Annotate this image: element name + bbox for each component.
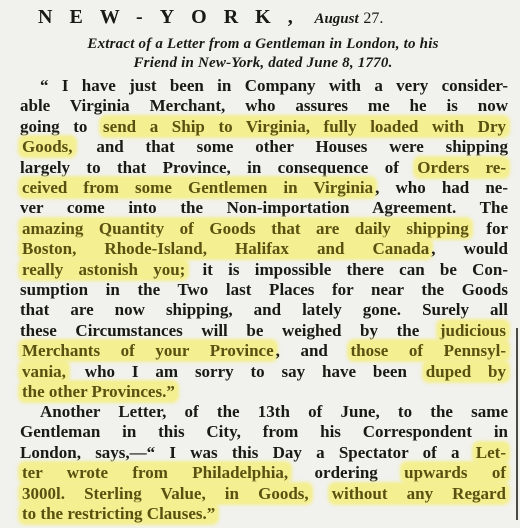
text-line: able Virginia Merchant, who assures me h… [20,96,508,116]
city-heading: NEW-YORK, [38,6,310,28]
text-line: these Circumstances will be weighed by t… [20,321,508,341]
text-line: Boston, Rhode-Island, Halifax and Canada… [20,239,508,259]
highlighted-text: judicious [438,321,508,340]
highlighted-text: amazing Quantity of Goods that are daily… [20,219,471,238]
text-segment: that are now shipping, and lately gone. … [20,300,508,319]
subtitle-line-1: Extract of a Letter from a Gentleman in … [18,36,508,53]
text-segment: sumption in the Two last Places for near… [20,280,508,299]
highlighted-text: upwards of [402,463,508,482]
text-segment: for [471,219,508,238]
text-line: Another Letter, of the 13th of June, to … [40,402,508,422]
column-rule [516,328,518,520]
text-line: to the restricting Clauses.” [20,504,508,524]
highlighted-text: send a Ship to Virginia, fully loaded wi… [101,117,508,136]
text-line: the other Provinces.” [20,382,508,402]
highlighted-text: ter wrote from Philadelphia, [20,463,290,482]
highlighted-text: really astonish you; [20,260,187,279]
text-segment: largely to that Province, in consequence… [20,158,415,177]
newspaper-clipping: NEW-YORK, August 27. Extract of a Letter… [0,0,520,528]
subtitle-line-2: Friend in New-York, dated June 8, 1770. [18,55,508,72]
text-line: ter wrote from Philadelphia, ordering up… [20,463,508,483]
date-month: August [314,11,358,27]
text-line: that are now shipping, and lately gone. … [20,300,508,320]
text-line: London, says,—“ I was this Day a Spectat… [20,443,508,463]
highlighted-text: Let- [474,443,508,462]
highlighted-text: Goods, [20,137,75,156]
date-day: 27. [363,10,383,27]
text-segment: ver come into the Non-importation Agreem… [20,198,508,217]
highlighted-text: ceived from some Gentlemen in Virginia [20,178,375,197]
text-segment: these Circumstances will be weighed by t… [20,321,438,340]
text-segment [311,484,330,503]
text-segment: ordering [290,463,402,482]
highlighted-text: 3000l. Sterling Value, in Goods, [20,484,311,503]
highlighted-text: Boston, Rhode-Island, Halifax and Canada [20,239,431,258]
text-line: amazing Quantity of Goods that are daily… [20,219,508,239]
text-segment: , who had ne- [375,178,508,197]
text-segment: Gentleman in this City, from his Corresp… [20,422,508,441]
highlighted-text: duped by [424,362,508,381]
text-segment: going to [20,117,101,136]
text-line: “ I have just been in Company with a ver… [40,76,508,96]
text-segment: , would [431,239,508,258]
text-line: Gentleman in this City, from his Corresp… [20,422,508,442]
text-segment: Another Letter, of the 13th of June, to … [40,402,508,421]
text-line: ceived from some Gentlemen in Virginia, … [20,178,508,198]
text-line: sumption in the Two last Places for near… [20,280,508,300]
text-segment: it is impossible there can be Con- [187,260,508,279]
text-segment: able Virginia Merchant, who assures me h… [20,96,508,115]
text-line: Merchants of your Province, and those of… [20,341,508,361]
highlighted-text: without any Regard [330,484,508,503]
text-segment: and that some other Houses were shipping [75,137,508,156]
highlighted-text: Merchants of your Province [20,341,276,360]
text-segment: London, says,—“ I was this Day a Spectat… [20,443,474,462]
text-segment: who I am sorry to say have been [68,362,424,381]
highlighted-text: the other Provinces.” [20,382,177,401]
text-line: ver come into the Non-importation Agreem… [20,198,508,218]
dateline: NEW-YORK, August 27. [38,6,498,29]
highlighted-text: those of Pennsyl- [349,341,509,360]
text-line: largely to that Province, in consequence… [20,158,508,178]
highlighted-text: to the restricting Clauses.” [20,504,217,523]
text-segment: , and [276,341,349,360]
highlighted-text: vania, [20,362,68,381]
text-line: really astonish you; it is impossible th… [20,260,508,280]
text-line: going to send a Ship to Virginia, fully … [20,117,508,137]
text-line: vania, who I am sorry to say have been d… [20,362,508,382]
text-line: Goods, and that some other Houses were s… [20,137,508,157]
text-segment: “ I have just been in Company with a ver… [40,76,508,95]
highlighted-text: Orders re- [415,158,508,177]
text-line: 3000l. Sterling Value, in Goods, without… [20,484,508,504]
